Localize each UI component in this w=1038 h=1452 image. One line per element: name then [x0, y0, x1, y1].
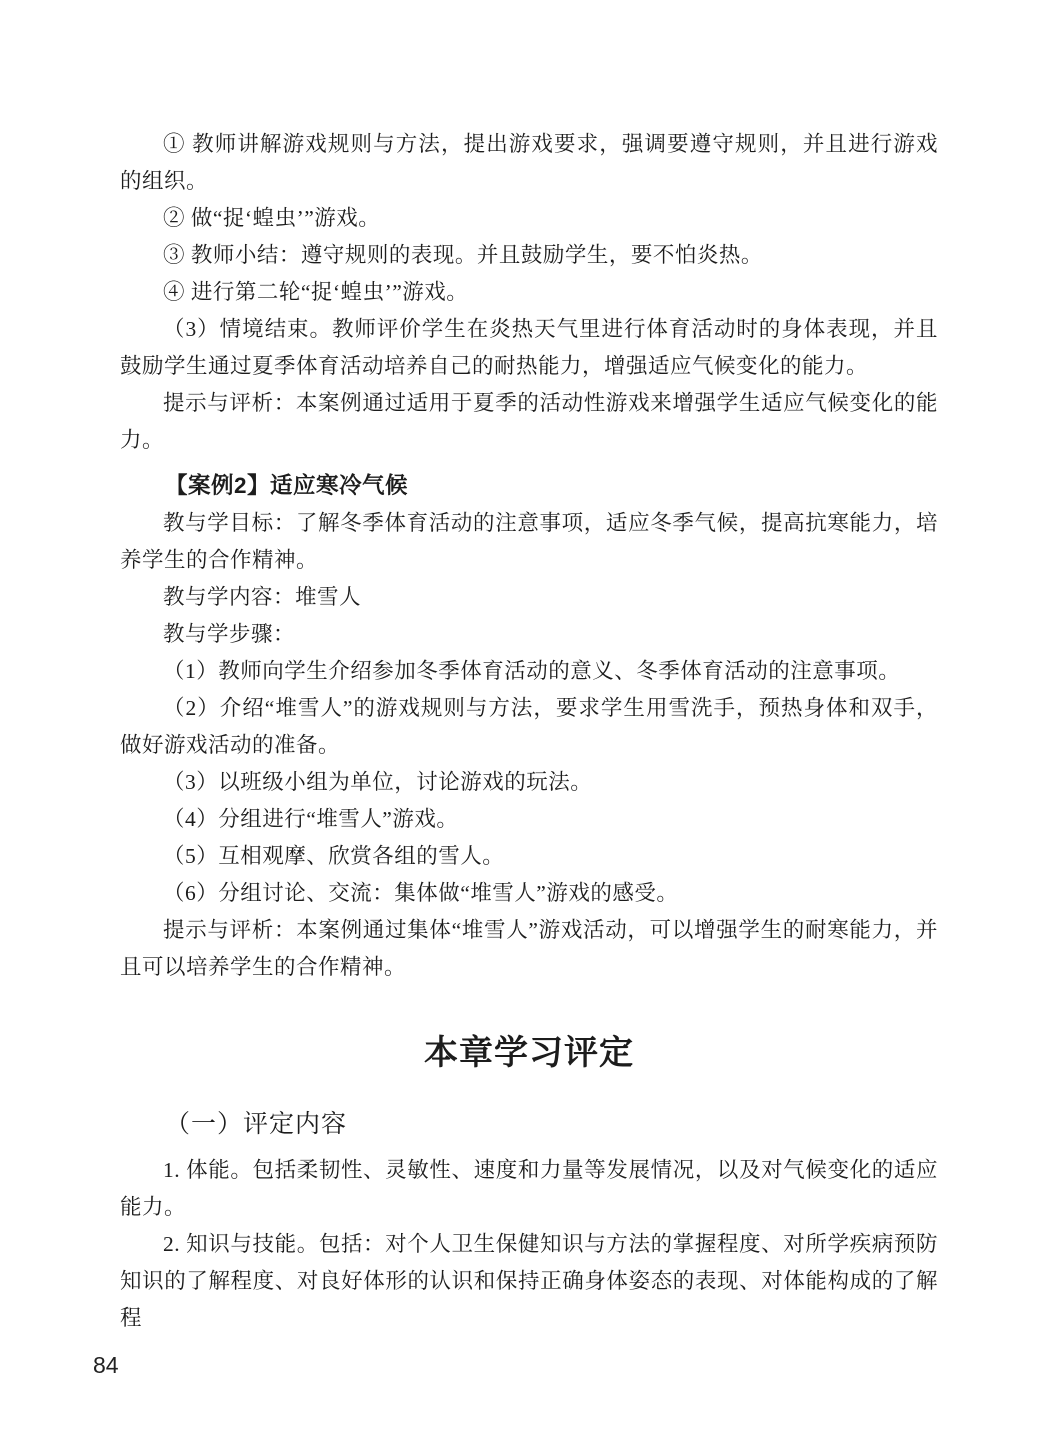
document-page: ① 教师讲解游戏规则与方法，提出游戏要求，强调要遵守规则，并且进行游戏的组织。 … — [0, 0, 1038, 1452]
case1-step-paragraph: ② 做“捉‘蝗虫’”游戏。 — [120, 200, 938, 237]
case2-paragraph: 教与学内容：堆雪人 — [120, 579, 938, 616]
page-number: 84 — [93, 1352, 119, 1379]
case2-paragraph: （6）分组讨论、交流：集体做“堆雪人”游戏的感受。 — [120, 875, 938, 912]
chapter-title: 本章学习评定 — [120, 1032, 938, 1074]
document-content: ① 教师讲解游戏规则与方法，提出游戏要求，强调要遵守规则，并且进行游戏的组织。 … — [120, 126, 938, 1337]
case2-paragraph: （5）互相观摩、欣赏各组的雪人。 — [120, 838, 938, 875]
case1-step-paragraph: ① 教师讲解游戏规则与方法，提出游戏要求，强调要遵守规则，并且进行游戏的组织。 — [120, 126, 938, 200]
case1-remark-paragraph: 提示与评析：本案例通过适用于夏季的活动性游戏来增强学生适应气候变化的能力。 — [120, 385, 938, 459]
case2-paragraph: 教与学步骤： — [120, 616, 938, 653]
case2-remark-paragraph: 提示与评析：本案例通过集体“堆雪人”游戏活动，可以增强学生的耐寒能力，并且可以培… — [120, 912, 938, 986]
case1-step-paragraph: ③ 教师小结：遵守规则的表现。并且鼓励学生，要不怕炎热。 — [120, 237, 938, 274]
section-heading: （一）评定内容 — [120, 1106, 938, 1144]
case1-step-paragraph: ④ 进行第二轮“捉‘蝗虫’”游戏。 — [120, 274, 938, 311]
case1-step-paragraph: （3）情境结束。教师评价学生在炎热天气里进行体育活动时的身体表现，并且鼓励学生通… — [120, 311, 938, 385]
evaluation-item-paragraph: 1. 体能。包括柔韧性、灵敏性、速度和力量等发展情况，以及对气候变化的适应能力。 — [120, 1152, 938, 1226]
case2-paragraph: 教与学目标：了解冬季体育活动的注意事项，适应冬季气候，提高抗寒能力，培养学生的合… — [120, 505, 938, 579]
case2-paragraph: （4）分组进行“堆雪人”游戏。 — [120, 801, 938, 838]
case2-heading: 【案例2】适应寒冷气候 — [120, 467, 938, 505]
case2-paragraph: （1）教师向学生介绍参加冬季体育活动的意义、冬季体育活动的注意事项。 — [120, 653, 938, 690]
evaluation-item-paragraph: 2. 知识与技能。包括：对个人卫生保健知识与方法的掌握程度、对所学疾病预防知识的… — [120, 1226, 938, 1337]
case2-paragraph: （3）以班级小组为单位，讨论游戏的玩法。 — [120, 764, 938, 801]
case2-paragraph: （2）介绍“堆雪人”的游戏规则与方法，要求学生用雪洗手，预热身体和双手，做好游戏… — [120, 690, 938, 764]
